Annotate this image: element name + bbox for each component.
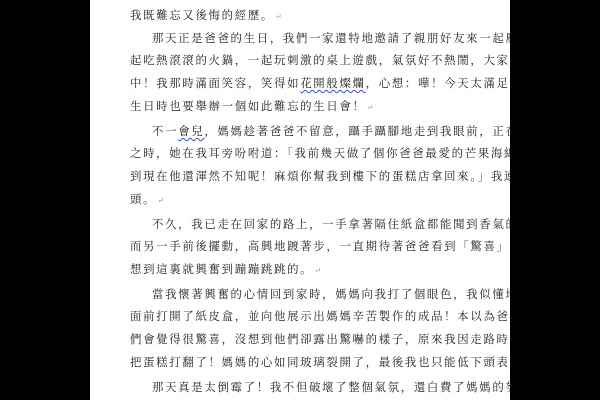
text-run: 頭。 xyxy=(130,192,156,206)
text-run: 把蛋糕打翻了！媽媽的心如同玻璃裂開了，最後我也只能低下頭表示抱歉。 xyxy=(130,355,510,369)
text-run: 之時，她在我耳旁吩咐道：「我前幾天做了個你爸爸最愛的芒果海綿蛋糕， xyxy=(130,146,510,160)
text-run: 不一 xyxy=(152,124,178,138)
text-line[interactable]: 之時，她在我耳旁吩咐道：「我前幾天做了個你爸爸最愛的芒果海綿蛋糕， xyxy=(130,146,474,160)
text-run: 生日時也要舉辦一個如此難忘的生日會！ xyxy=(130,99,366,113)
paragraph-mark-icon: ↵ xyxy=(275,12,282,21)
text-line[interactable]: 不久，我已走在回家的路上，一手拿著隔住紙盒都能聞到香氣的蛋糕， xyxy=(152,217,474,231)
text-line[interactable]: 把蛋糕打翻了！媽媽的心如同玻璃裂開了，最後我也只能低下頭表示抱歉。↵ xyxy=(130,355,474,371)
text-line[interactable]: 那天真是太倒霉了！我不但破壞了整個氣氛，還白費了媽媽的努力，我 xyxy=(152,380,474,394)
text-line[interactable]: 那天正是爸爸的生日，我們一家還特地邀請了親朋好友來一起慶祝，一 xyxy=(152,31,474,45)
paragraph-mark-icon: ↵ xyxy=(314,266,321,275)
text-run: 當我懷著興奮的心情回到家時，媽媽向我打了個眼色，我似懂地在爸爸 xyxy=(152,287,510,301)
text-line[interactable]: 起吃熱滾滾的火鍋，一起玩刺激的桌上遊戲，氣氛好不熱鬧，大家都樂在其 xyxy=(130,53,474,67)
text-run: 中！我那時滿面笑容，笑得如 xyxy=(130,76,300,90)
spellcheck-flagged-word[interactable]: 會兒 xyxy=(178,124,204,138)
text-run: 我既難忘又後悔的經歷。 xyxy=(130,8,274,22)
text-run: 面前打開了紙皮盒，並向他展示出媽媽辛苦製作的成品！本以為爸爸和親友 xyxy=(130,309,510,323)
text-line[interactable]: 想到這裏就興奮到蹦蹦跳跳的。↵ xyxy=(130,262,474,278)
text-run: 到現在他還渾然不知呢！麻煩你幫我到樓下的蛋糕店拿回來。」我連忙點點 xyxy=(130,169,510,183)
text-run: 而另一手前後擺動，高興地踱著步，一直期待著爸爸看到「驚喜」時的模樣， xyxy=(130,239,510,253)
text-run: 那天真是太倒霉了！我不但破壞了整個氣氛，還白費了媽媽的努力，我 xyxy=(152,380,510,394)
text-line[interactable]: 面前打開了紙皮盒，並向他展示出媽媽辛苦製作的成品！本以為爸爸和親友 xyxy=(130,309,474,323)
text-run: 想到這裏就興奮到蹦蹦跳跳的。 xyxy=(130,262,313,276)
document-page[interactable]: 我既難忘又後悔的經歷。↵那天正是爸爸的生日，我們一家還特地邀請了親朋好友來一起慶… xyxy=(90,0,510,400)
text-run: 起吃熱滾滾的火鍋，一起玩刺激的桌上遊戲，氣氛好不熱鬧，大家都樂在其 xyxy=(130,53,510,67)
text-run: 不久，我已走在回家的路上，一手拿著隔住紙盒都能聞到香氣的蛋糕， xyxy=(152,217,510,231)
text-run: ，心想：嘩！今天太滿足了！待我 xyxy=(366,76,510,90)
text-run: 們會覺得很驚喜，沒想到他們卻露出驚嚇的樣子，原來我因走路時動作太大， xyxy=(130,332,510,346)
text-line[interactable]: 中！我那時滿面笑容，笑得如花開般燦爛，心想：嘩！今天太滿足了！待我 xyxy=(130,76,474,90)
spellcheck-flagged-word[interactable]: 花開般燦爛 xyxy=(300,76,365,90)
text-line[interactable]: 生日時也要舉辦一個如此難忘的生日會！↵ xyxy=(130,99,474,115)
text-line[interactable]: 們會覺得很驚喜，沒想到他們卻露出驚嚇的樣子，原來我因走路時動作太大， xyxy=(130,332,474,346)
text-line[interactable]: 不一會兒，媽媽趁著爸爸不留意，躡手躡腳地走到我眼前，正在我迷惑 xyxy=(152,124,474,138)
text-line[interactable]: 我既難忘又後悔的經歷。↵ xyxy=(130,8,474,24)
text-line[interactable]: 而另一手前後擺動，高興地踱著步，一直期待著爸爸看到「驚喜」時的模樣， xyxy=(130,239,474,253)
text-line[interactable]: 到現在他還渾然不知呢！麻煩你幫我到樓下的蛋糕店拿回來。」我連忙點點 xyxy=(130,169,474,183)
text-run: 那天正是爸爸的生日，我們一家還特地邀請了親朋好友來一起慶祝，一 xyxy=(152,31,510,45)
paragraph-mark-icon: ↵ xyxy=(157,196,164,205)
text-line[interactable]: 當我懷著興奮的心情回到家時，媽媽向我打了個眼色，我似懂地在爸爸 xyxy=(152,287,474,301)
paragraph-mark-icon: ↵ xyxy=(367,103,374,112)
text-run: ，媽媽趁著爸爸不留意，躡手躡腳地走到我眼前，正在我迷惑 xyxy=(204,124,510,138)
text-line[interactable]: 頭。↵ xyxy=(130,192,474,208)
